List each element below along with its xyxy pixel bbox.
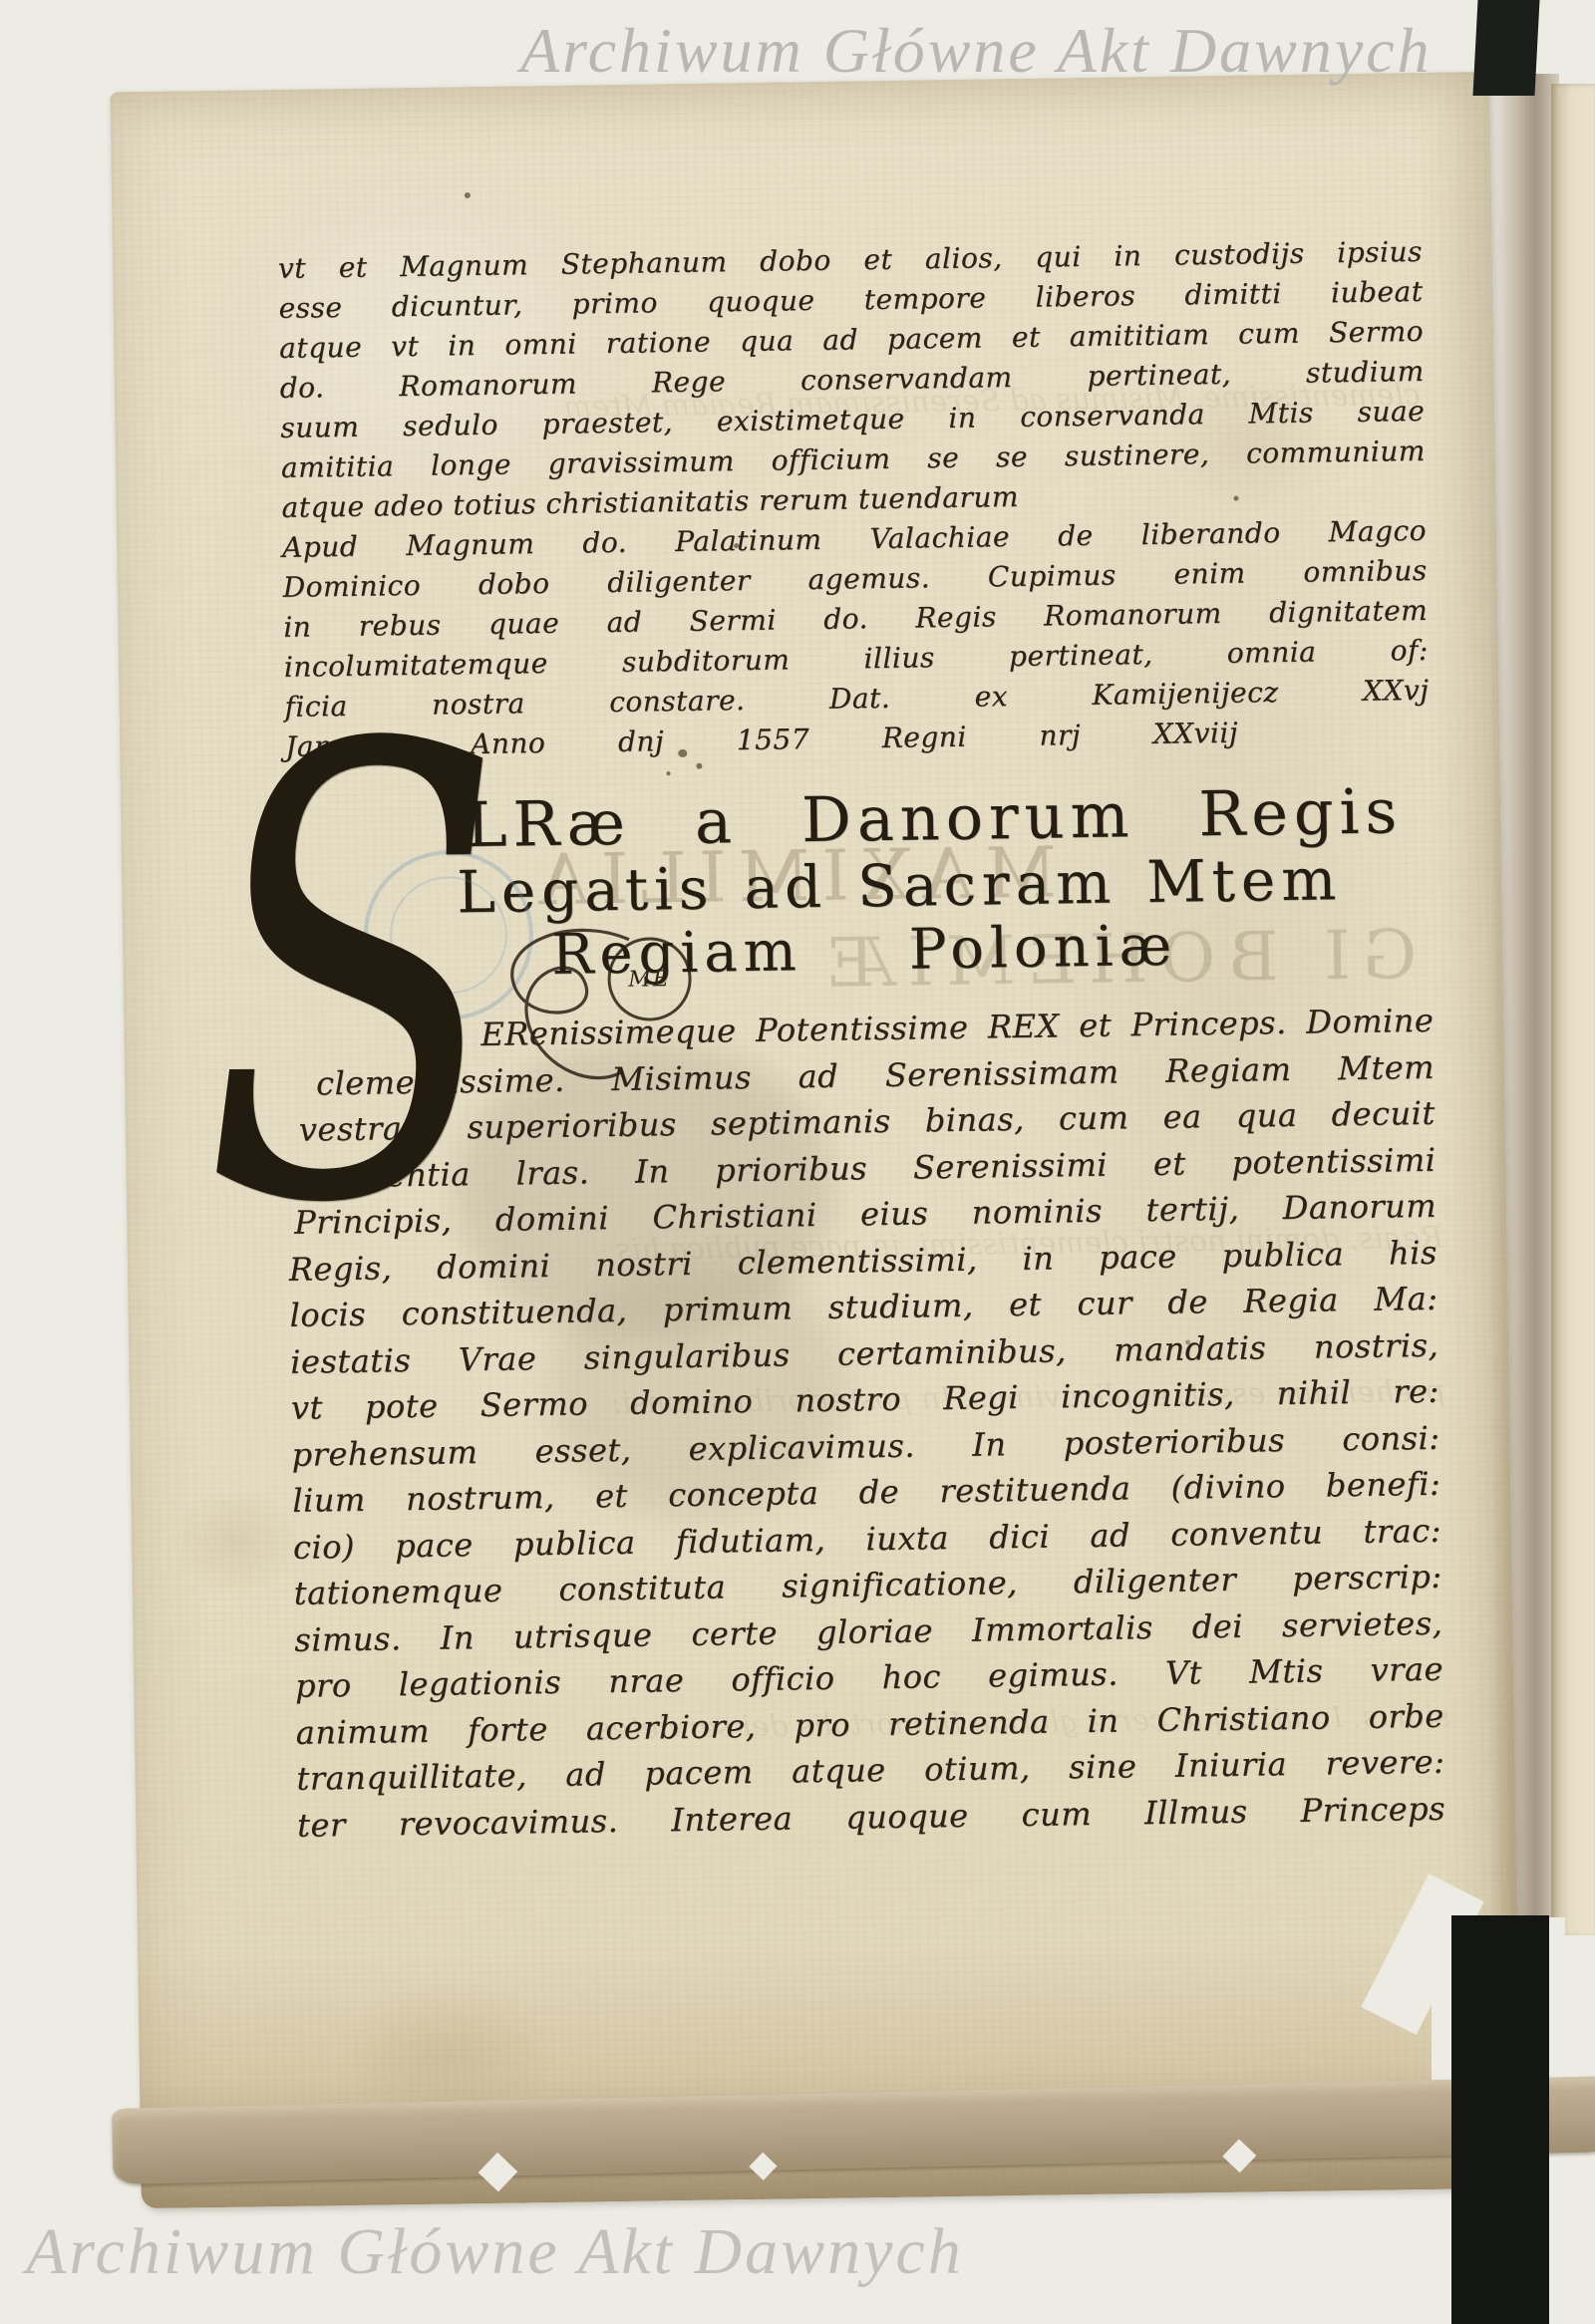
binding-ribbon-top <box>1472 0 1539 96</box>
adjacent-page-edge <box>1551 84 1595 1937</box>
ink-splatter <box>666 771 670 775</box>
archive-watermark-bottom: Archiwum Główne Akt Dawnych <box>26 2214 964 2290</box>
me-medallion-label: ME <box>628 967 671 993</box>
ink-splatter <box>696 763 702 769</box>
manuscript-page: MAXIMILIA GI BOHEMIÆ clementissime. Misi… <box>110 72 1520 2208</box>
background-patch <box>1549 1935 1595 2085</box>
scanned-manuscript-view: Archiwum Główne Akt Dawnych Archiwum Głó… <box>0 0 1595 2324</box>
foxing-stain <box>170 1485 302 1597</box>
pen-flourish <box>452 922 644 1114</box>
heading-line: Legatis ad Sacram Mtem <box>457 845 1343 926</box>
ink-speck <box>465 192 471 198</box>
binding-ribbon-bottom <box>1451 1915 1549 2324</box>
book-gutter-shadow <box>1489 74 1559 1939</box>
